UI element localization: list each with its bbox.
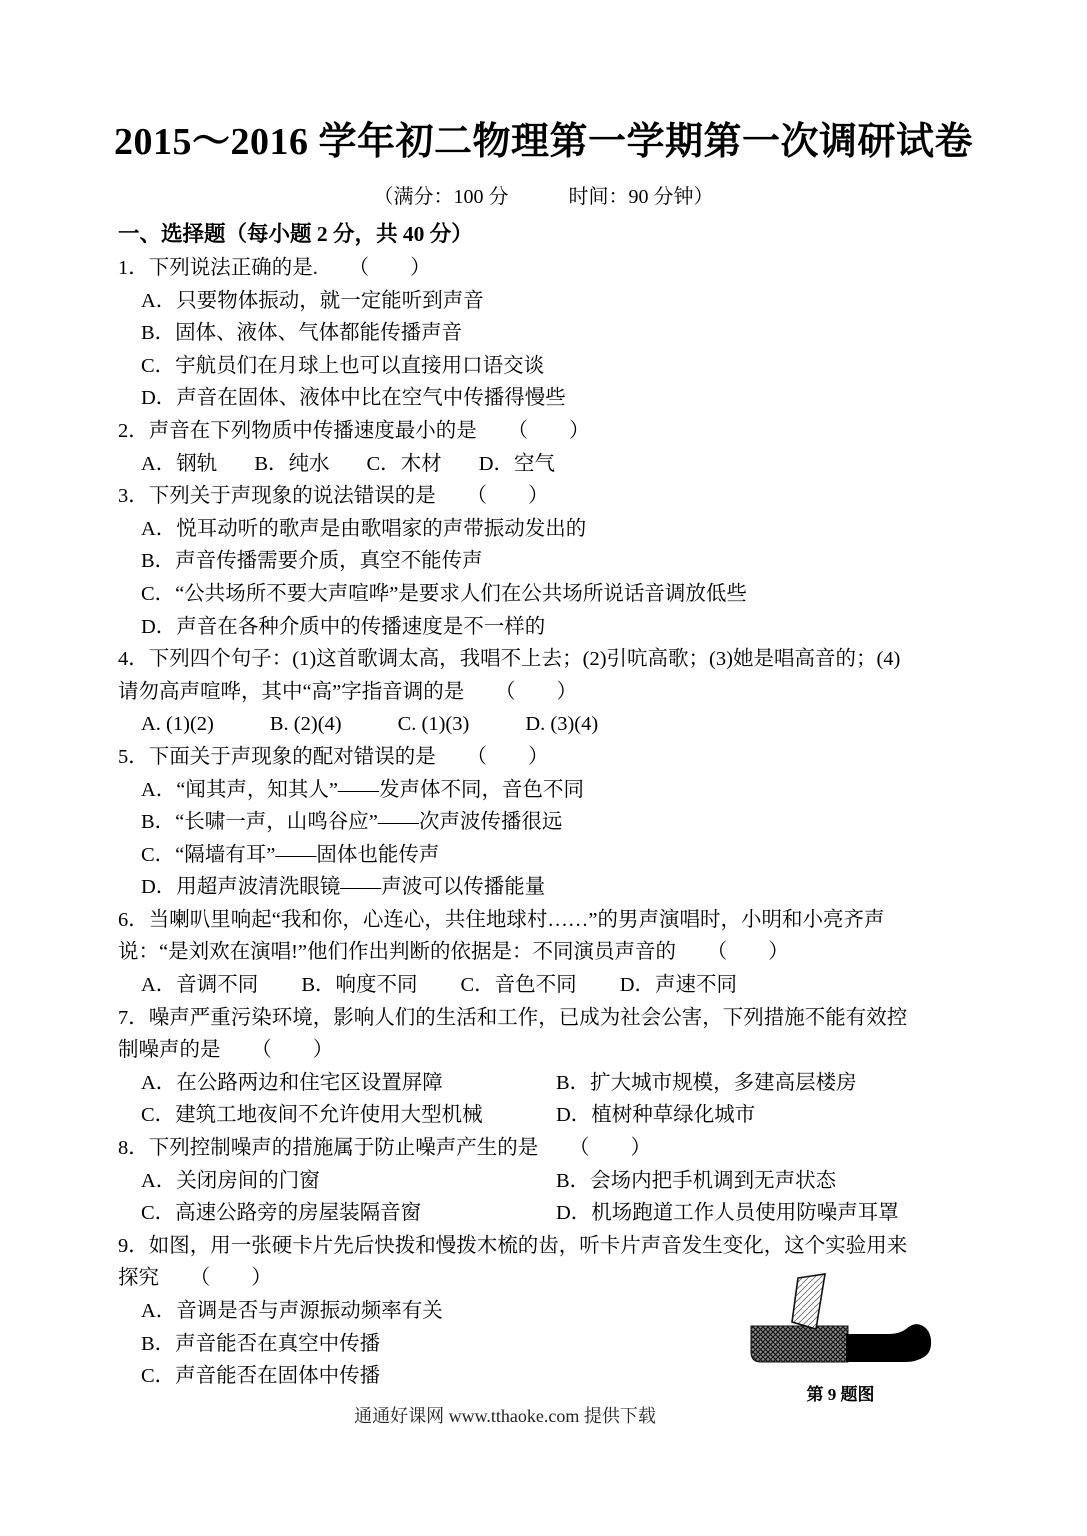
- q1-option-d: D．声音在固体、液体中比在空气中传播得慢些: [118, 382, 1027, 415]
- q1-option-a: A．只要物体振动，就一定能听到声音: [118, 285, 1027, 318]
- q7-option-a: A．在公路两边和住宅区设置屏障: [141, 1067, 556, 1100]
- q8-stem: 8．下列控制噪声的措施属于防止噪声产生的是 （ ）: [118, 1132, 1027, 1165]
- q7-option-c: C．建筑工地夜间不允许使用大型机械: [141, 1099, 556, 1132]
- q3-option-d: D．声音在各种介质中的传播速度是不一样的: [118, 611, 1027, 644]
- q9-figure: 第 9 题图: [748, 1272, 933, 1405]
- q8-option-b: B．会场内把手机调到无声状态: [556, 1170, 836, 1192]
- q8-option-a: A．关闭房间的门窗: [141, 1165, 556, 1198]
- q5-option-c: C．“隔墙有耳”——固体也能传声: [118, 839, 1027, 872]
- q7-options-row-2: C．建筑工地夜间不允许使用大型机械D．植树种草绿化城市: [118, 1099, 1027, 1132]
- comb-teeth: [751, 1326, 848, 1362]
- q5-option-d: D．用超声波清洗眼镜——声波可以传播能量: [118, 871, 1027, 904]
- q2-stem: 2．声音在下列物质中传播速度最小的是 （ ）: [118, 415, 1027, 448]
- q7-option-d: D．植树种草绿化城市: [556, 1104, 755, 1126]
- q7-option-b: B．扩大城市规模，多建高层楼房: [556, 1072, 857, 1094]
- q8-options-row-2: C．高速公路旁的房屋装隔音窗D．机场跑道工作人员使用防噪声耳罩: [118, 1197, 1027, 1230]
- q5-stem: 5．下面关于声现象的配对错误的是 （ ）: [118, 741, 1027, 774]
- question-list: 1．下列说法正确的是. （ ） A．只要物体振动，就一定能听到声音 B．固体、液…: [118, 252, 1027, 1393]
- q3-option-a: A．悦耳动听的歌声是由歌唱家的声带振动发出的: [118, 513, 1027, 546]
- q2-options-row: A．钢轨B．纯水C．木材D．空气: [118, 448, 1027, 481]
- q6-option-a: A．音调不同: [141, 974, 258, 996]
- q4-option-a: A. (1)(2): [141, 713, 214, 735]
- q2-option-b: B．纯水: [254, 453, 329, 475]
- q7-stem-line-1: 7．噪声严重污染环境，影响人们的生活和工作，已成为社会公害，下列措施不能有效控: [118, 1002, 1027, 1035]
- q6-option-c: C．音色不同: [461, 974, 577, 996]
- q1-option-b: B．固体、液体、气体都能传播声音: [118, 317, 1027, 350]
- q4-option-d: D. (3)(4): [525, 713, 598, 735]
- q3-option-b: B．声音传播需要介质，真空不能传声: [118, 545, 1027, 578]
- q2-option-a: A．钢轨: [141, 453, 217, 475]
- q1-stem: 1．下列说法正确的是. （ ）: [118, 252, 1027, 285]
- section-1-header: 一、选择题（每小题 2 分，共 40 分）: [118, 220, 1087, 248]
- q2-option-d: D．空气: [479, 453, 555, 475]
- q3-option-c: C．“公共场所不要大声喧哗”是要求人们在公共场所说话音调放低些: [118, 578, 1027, 611]
- q5-option-b: B．“长啸一声，山鸣谷应”——次声波传播很远: [118, 806, 1027, 839]
- comb-and-card-icon: [748, 1272, 933, 1364]
- q9-stem-line-1: 9．如图，用一张硬卡片先后快拨和慢拨木梳的齿，听卡片声音发生变化，这个实验用来: [118, 1230, 1027, 1263]
- q6-options-row: A．音调不同B．响度不同C．音色不同D．声速不同: [118, 969, 1027, 1002]
- q7-stem-line-2: 制噪声的是 （ ）: [118, 1034, 1027, 1067]
- q6-stem-line-1: 6．当喇叭里响起“我和你，心连心，共住地球村……”的男声演唱时，小明和小亮齐声: [118, 904, 1027, 937]
- q4-stem-line-1: 4．下列四个句子：(1)这首歌调太高，我唱不上去；(2)引吭高歌；(3)她是唱高…: [118, 643, 1027, 676]
- q4-stem-line-2: 请勿高声喧哗，其中“高”字指音调的是 （ ）: [118, 676, 1027, 709]
- q3-stem: 3．下列关于声现象的说法错误的是 （ ）: [118, 480, 1027, 513]
- q4-option-b: B. (2)(4): [270, 713, 342, 735]
- exam-meta: （满分：100 分 时间：90 分钟）: [0, 184, 1087, 210]
- q8-option-c: C．高速公路旁的房屋装隔音窗: [141, 1197, 556, 1230]
- q8-options-row-1: A．关闭房间的门窗B．会场内把手机调到无声状态: [118, 1165, 1027, 1198]
- q5-option-a: A．“闻其声，知其人”——发声体不同，音色不同: [118, 774, 1027, 807]
- exam-paper-page: 2015～2016 学年初二物理第一学期第一次调研试卷 （满分：100 分 时间…: [0, 0, 1087, 1536]
- q7-options-row-1: A．在公路两边和住宅区设置屏障B．扩大城市规模，多建高层楼房: [118, 1067, 1027, 1100]
- page-title: 2015～2016 学年初二物理第一学期第一次调研试卷: [0, 0, 1087, 164]
- q1-option-c: C．宇航员们在月球上也可以直接用口语交谈: [118, 350, 1027, 383]
- footer-download-note: 通通好课网 www.tthaoke.com 提供下载: [0, 1402, 1010, 1428]
- q6-option-b: B．响度不同: [301, 974, 417, 996]
- q6-stem-line-2: 说：“是刘欢在演唱!”他们作出判断的依据是：不同演员声音的 （ ）: [118, 936, 1027, 969]
- card: [792, 1274, 825, 1329]
- q8-option-d: D．机场跑道工作人员使用防噪声耳罩: [556, 1202, 899, 1224]
- q4-option-c: C. (1)(3): [398, 713, 470, 735]
- q2-option-c: C．木材: [367, 453, 442, 475]
- q6-option-d: D．声速不同: [620, 974, 737, 996]
- comb-handle: [846, 1324, 931, 1362]
- q4-options-row: A. (1)(2)B. (2)(4)C. (1)(3)D. (3)(4): [118, 708, 1027, 741]
